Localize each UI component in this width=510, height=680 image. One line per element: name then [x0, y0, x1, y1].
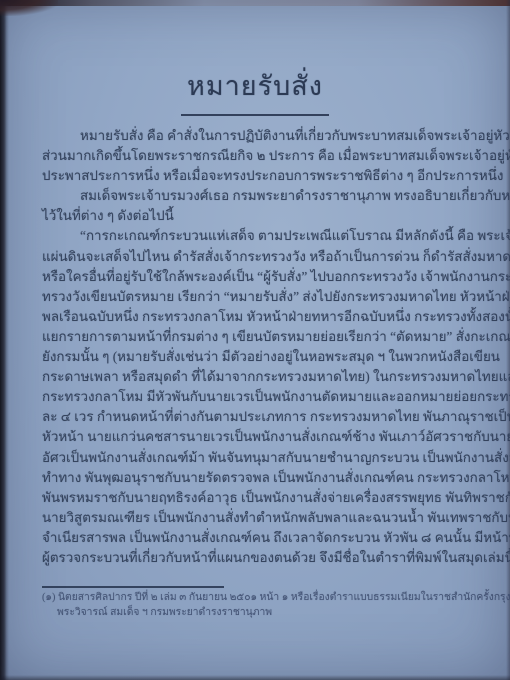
text-line: “การกะเกณฑ์กระบวนแห่เสด็จ ตามประเพณีแต่โ…	[42, 226, 482, 246]
text-line: หมายรับสั่ง คือ คำสั่งในการปฏิบัติงานที่…	[42, 126, 482, 146]
text-line: ผู้ตรวจกระบวนที่เกี่ยวกับหน้าที่แผนกของต…	[42, 548, 482, 568]
text-line: จำเนียรสารพล เป็นพนักงานสั่งเกณฑ์คน ถึงเ…	[42, 528, 482, 548]
text-line: กระดาษเพลา หรือสมุดดำ ที่ได้มาจากกระทรวง…	[42, 367, 482, 387]
page-title-wrap: หมายรับสั่ง	[0, 64, 510, 116]
text-line: อัศวเป็นพนักงานสั่งเกณฑ์ม้า พันจันทนุมาส…	[42, 448, 482, 468]
text-line: ทำทาง พันพุฒอนุราชกับนายรัดตรวจพล เป็นพน…	[42, 468, 482, 488]
footnote: (๑) นิตยสารศิลปากร ปีที่ ๒ เล่ม ๓ กันยาย…	[42, 591, 488, 620]
text-line: แผ่นดินจะเสด็จไปไหน ดำรัสสั่งเจ้ากระทรวง…	[42, 247, 482, 267]
body-text: หมายรับสั่ง คือ คำสั่งในการปฏิบัติงานที่…	[42, 126, 482, 568]
photo-edge-top	[0, 0, 510, 6]
photo-edge-bottom	[0, 675, 510, 680]
text-line: หัวหน้า นายแกว่นคชสารนายเวรเป็นพนักงานสั…	[42, 427, 482, 447]
footnote-line: พระวิจารณ์ สมเด็จ ฯ กรมพระยาดำรงราชานุภา…	[42, 606, 488, 621]
text-line: กระทรวงกลาโหม มีหัวพันกับนายเวรเป็นพนักง…	[42, 387, 482, 407]
text-line: ยังกรมนั้น ๆ (หมายรับสั่งเช่นว่า มีตัวอย…	[42, 347, 482, 367]
text-line: ไว้ในที่ต่าง ๆ ดังต่อไปนี้	[42, 206, 482, 226]
footnote-line: (๑) นิตยสารศิลปากร ปีที่ ๒ เล่ม ๓ กันยาย…	[42, 591, 488, 606]
text-line: ละ ๔ เวร กำหนดหน้าที่ต่างกันตามประเภทการ…	[42, 407, 482, 427]
text-line: พลเรือนฉบับหนึ่ง กระทรวงกลาโหม หัวหน้าฝ่…	[42, 307, 482, 327]
page-title: หมายรับสั่ง	[181, 64, 329, 116]
book-page-photo: หมายรับสั่ง หมายรับสั่ง คือ คำสั่งในการป…	[0, 0, 510, 680]
text-line: ทรวงวังเขียนบัตรหมาย เรียกว่า “หมายรับสั…	[42, 287, 482, 307]
text-line: หรือใครอื่นที่อยู่รับใช้ใกล้พระองค์เป็น …	[42, 267, 482, 287]
text-line: แยกรายการตามหน้าที่กรมต่าง ๆ เขียนบัตรหม…	[42, 327, 482, 347]
footnote-divider	[42, 586, 224, 588]
text-line: นายวิสูตรมณเฑียร เป็นพนักงานสั่งทำตำหนัก…	[42, 508, 482, 528]
text-line: พันพรหมราชกับนายฤทธิรงค์อาวุธ เป็นพนักงา…	[42, 488, 482, 508]
text-line: สมเด็จพระเจ้าบรมวงศ์เธอ กรมพระยาดำรงราชา…	[42, 186, 482, 206]
text-line: ประพาสประการหนึ่ง หรือเมื่อจะทรงประกอบกา…	[42, 166, 482, 186]
text-line: ส่วนมากเกิดขึ้นโดยพระราชกรณียกิจ ๒ ประกา…	[42, 146, 482, 166]
photo-corner-shadow	[0, 0, 58, 16]
